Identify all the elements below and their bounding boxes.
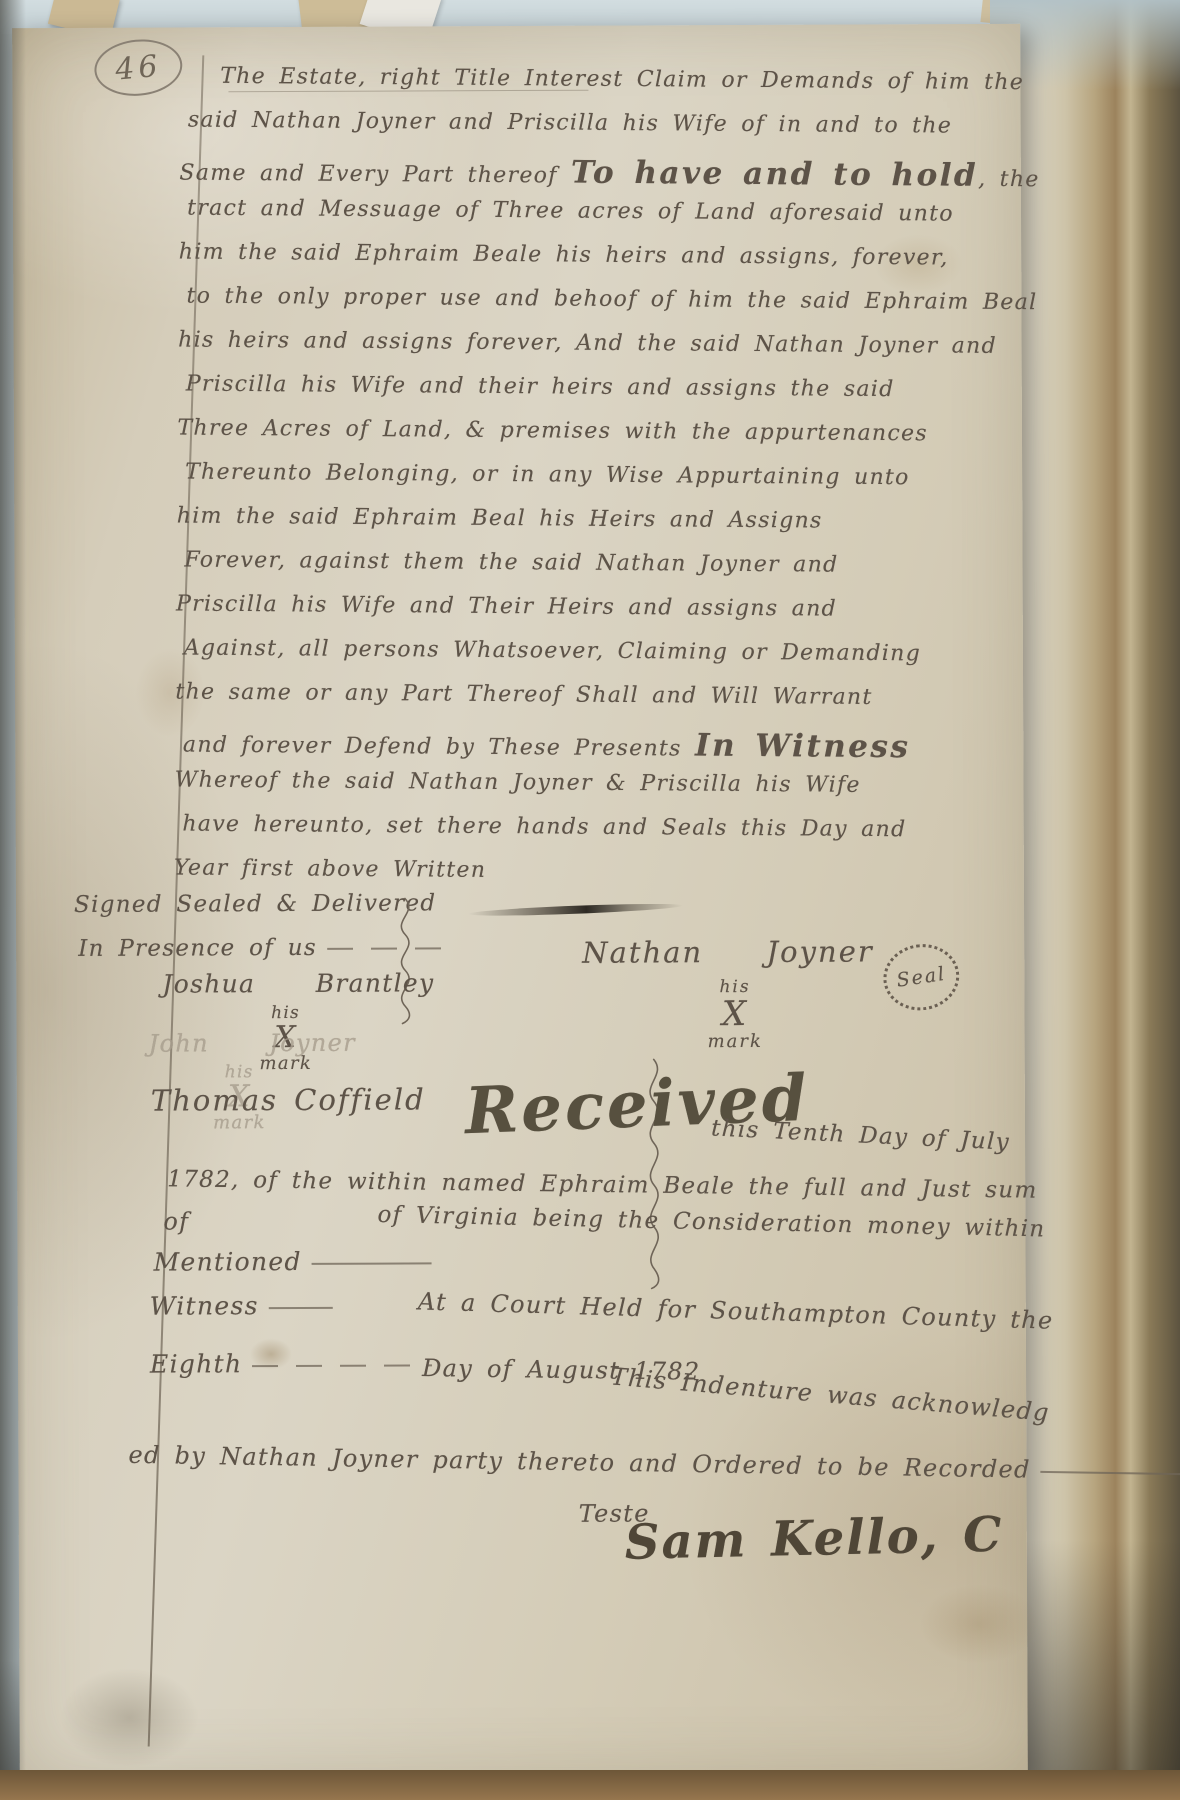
deed-body: The Estate, right Title Interest Claim o… — [174, 63, 981, 905]
seal-icon: Seal — [879, 939, 964, 1015]
ink-flourish-stroke — [468, 902, 683, 918]
deed-line: Whereof the said Nathan Joyner & Priscil… — [174, 767, 974, 817]
trailing-rule — [269, 1306, 333, 1308]
receipt-date-text: this Tenth Day of July — [711, 1115, 1011, 1155]
clerk-signature: Sam Kello, C — [624, 1507, 1004, 1571]
habendum-phrase: To have and to hold — [571, 155, 978, 194]
acknowledgment-line: ed by Nathan Joyner party thereto and Or… — [128, 1441, 1180, 1486]
his-mark-x: hisXmark — [707, 979, 763, 1051]
mark-label: mark — [708, 1033, 763, 1051]
deed-line: him the said Ephraim Beale his heirs and… — [179, 239, 979, 289]
x-mark: X — [722, 997, 748, 1031]
deed-line: his heirs and assigns forever, And the s… — [178, 327, 978, 377]
deed-line: Thereunto Belonging, or in any Wise Appu… — [177, 459, 977, 509]
receipt-witness-line: Witness — [150, 1291, 333, 1321]
receipt-witness-text: Witness — [150, 1291, 259, 1320]
manuscript-page: 46 The Estate, right Title Interest Clai… — [12, 24, 1028, 1780]
deed-line: have hereunto, set there hands and Seals… — [174, 811, 974, 861]
book-gutter-shadow — [0, 0, 26, 1800]
deed-line: said Nathan Joyner and Priscilla his Wif… — [180, 107, 980, 157]
deed-line: Three Acres of Land, & premises with the… — [177, 415, 977, 465]
grantor-last-name: Joyner — [766, 934, 873, 968]
table-edge — [0, 1770, 1180, 1800]
court-margin-text: Eighth — [150, 1349, 242, 1378]
attestation-presence-text: In Presence of us — [78, 935, 317, 962]
deed-line: the same or any Part Thereof Shall and W… — [175, 679, 975, 729]
paper-stain — [919, 1584, 1039, 1665]
seal-label: Seal — [896, 963, 948, 992]
grantor-first-name: Nathan — [582, 935, 703, 970]
trailing-dashes — [252, 1364, 432, 1367]
deed-line: The Estate, right Title Interest Claim o… — [180, 63, 980, 113]
receipt-mentioned-line: Mentioned — [154, 1246, 432, 1276]
deed-line: Priscilla his Wife and Their Heirs and a… — [176, 591, 976, 641]
witness-first-name: John — [149, 1029, 209, 1057]
receipt-line: of Virginia being the Consideration mone… — [377, 1202, 1046, 1243]
deed-line: him the said Ephraim Beal his Heirs and … — [177, 503, 977, 553]
witness-clause-phrase: In Witness — [695, 728, 911, 766]
page-number: 46 — [114, 48, 163, 87]
deed-line: Priscilla his Wife and their heirs and a… — [178, 371, 978, 421]
paper-stain — [59, 1667, 199, 1768]
acknowledgment-line: This Indenture was acknowledg — [610, 1362, 1051, 1426]
deed-line: Same and Every Part thereof To have and … — [179, 151, 979, 201]
witness-signature: Thomas Coffield — [151, 1082, 426, 1117]
witness-last-name: Joyner — [269, 1029, 356, 1057]
attestation-signed-line: Signed Sealed & Delivered — [74, 890, 436, 918]
acknowledgment-text: ed by Nathan Joyner party thereto and Or… — [128, 1441, 1031, 1484]
court-line: At a Court Held for Southampton County t… — [418, 1287, 1054, 1334]
deed-line-text: , the — [978, 167, 1040, 192]
deed-line: Forever, against them the said Nathan Jo… — [176, 547, 976, 597]
grantor-signature-row: NathanhisXmarkJoynerSeal — [582, 934, 960, 1052]
trailing-rule — [312, 1262, 432, 1265]
receipt-line: 1782, of the within named Ephraim Beale … — [167, 1166, 997, 1203]
deed-line-text: and forever Defend by These Presents — [183, 733, 695, 762]
deed-line-text: Same and Every Part thereof — [179, 160, 571, 188]
trailing-dashes — [327, 947, 447, 950]
deed-line: to the only proper use and behoof of him… — [178, 283, 978, 333]
page-number-badge: 46 — [92, 36, 185, 100]
deed-line: Against, all persons Whatsoever, Claimin… — [176, 635, 976, 685]
photograph-background: 46 The Estate, right Title Interest Clai… — [0, 0, 1180, 1800]
receipt-margin-word: of — [163, 1207, 189, 1235]
witness-last-name: Brantley — [316, 968, 435, 998]
deed-line: tract and Messuage of Three acres of Lan… — [179, 195, 979, 245]
witness-first-name: Joshua — [162, 969, 255, 998]
deed-line: and forever Defend by These Presents In … — [175, 723, 975, 773]
court-margin-word: Eighth — [150, 1348, 432, 1378]
receipt-mentioned-text: Mentioned — [154, 1247, 302, 1277]
trailing-rule — [1041, 1470, 1180, 1474]
